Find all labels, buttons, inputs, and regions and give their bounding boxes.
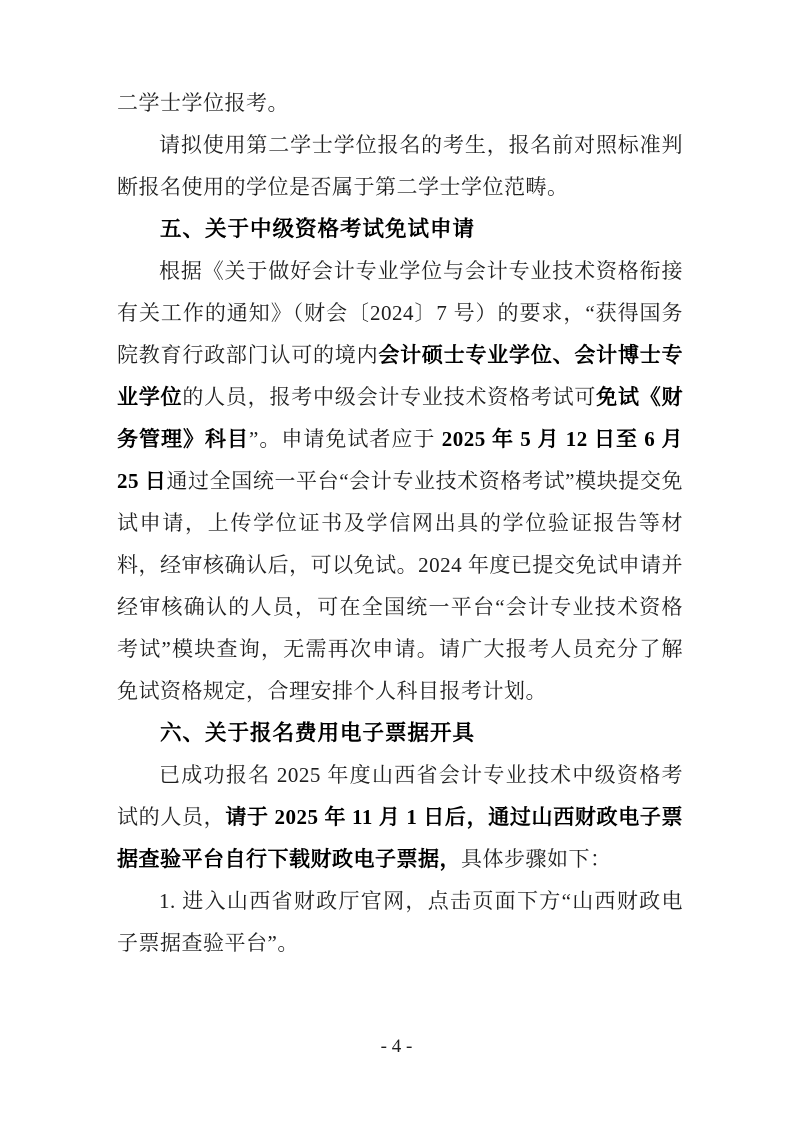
paragraph: 1. 进入山西省财政厅官网，点击页面下方“山西财政电子票据查验平台”。 (117, 880, 683, 964)
text-run: 通过全国统一平台“会计专业技术资格考试”模块提交免试申请，上传学位证书及学信网出… (117, 469, 683, 703)
bold-text-run: 六、关于报名费用电子票据开具 (160, 721, 475, 745)
text-run: 请拟使用第二学士学位报名的考生，报名前对照标准判断报名使用的学位是否属于第二学士… (117, 133, 683, 199)
page-number: - 4 - (381, 1036, 413, 1057)
document-body: 二学士学位报考。请拟使用第二学士学位报名的考生，报名前对照标准判断报名使用的学位… (117, 82, 683, 964)
paragraph: 请拟使用第二学士学位报名的考生，报名前对照标准判断报名使用的学位是否属于第二学士… (117, 124, 683, 208)
text-run: 二学士学位报考。 (117, 91, 289, 115)
section-heading: 六、关于报名费用电子票据开具 (117, 712, 683, 754)
section-heading: 五、关于中级资格考试免试申请 (117, 208, 683, 250)
document-page: 二学士学位报考。请拟使用第二学士学位报名的考生，报名前对照标准判断报名使用的学位… (0, 0, 793, 1122)
paragraph: 已成功报名 2025 年度山西省会计专业技术中级资格考试的人员，请于 2025 … (117, 754, 683, 880)
paragraph: 根据《关于做好会计专业学位与会计专业技术资格衔接有关工作的通知》（财会〔2024… (117, 250, 683, 712)
paragraph: 二学士学位报考。 (117, 82, 683, 124)
bold-text-run: 五、关于中级资格考试免试申请 (160, 217, 475, 241)
text-run: 1. 进入山西省财政厅官网，点击页面下方“山西财政电子票据查验平台”。 (117, 889, 683, 955)
text-run: 的人员，报考中级会计专业技术资格考试可 (182, 385, 596, 409)
text-run: ”。申请免试者应于 (249, 427, 442, 451)
page-footer: - 4 - (0, 1032, 793, 1062)
text-run: 具体步骤如下： (461, 847, 612, 871)
